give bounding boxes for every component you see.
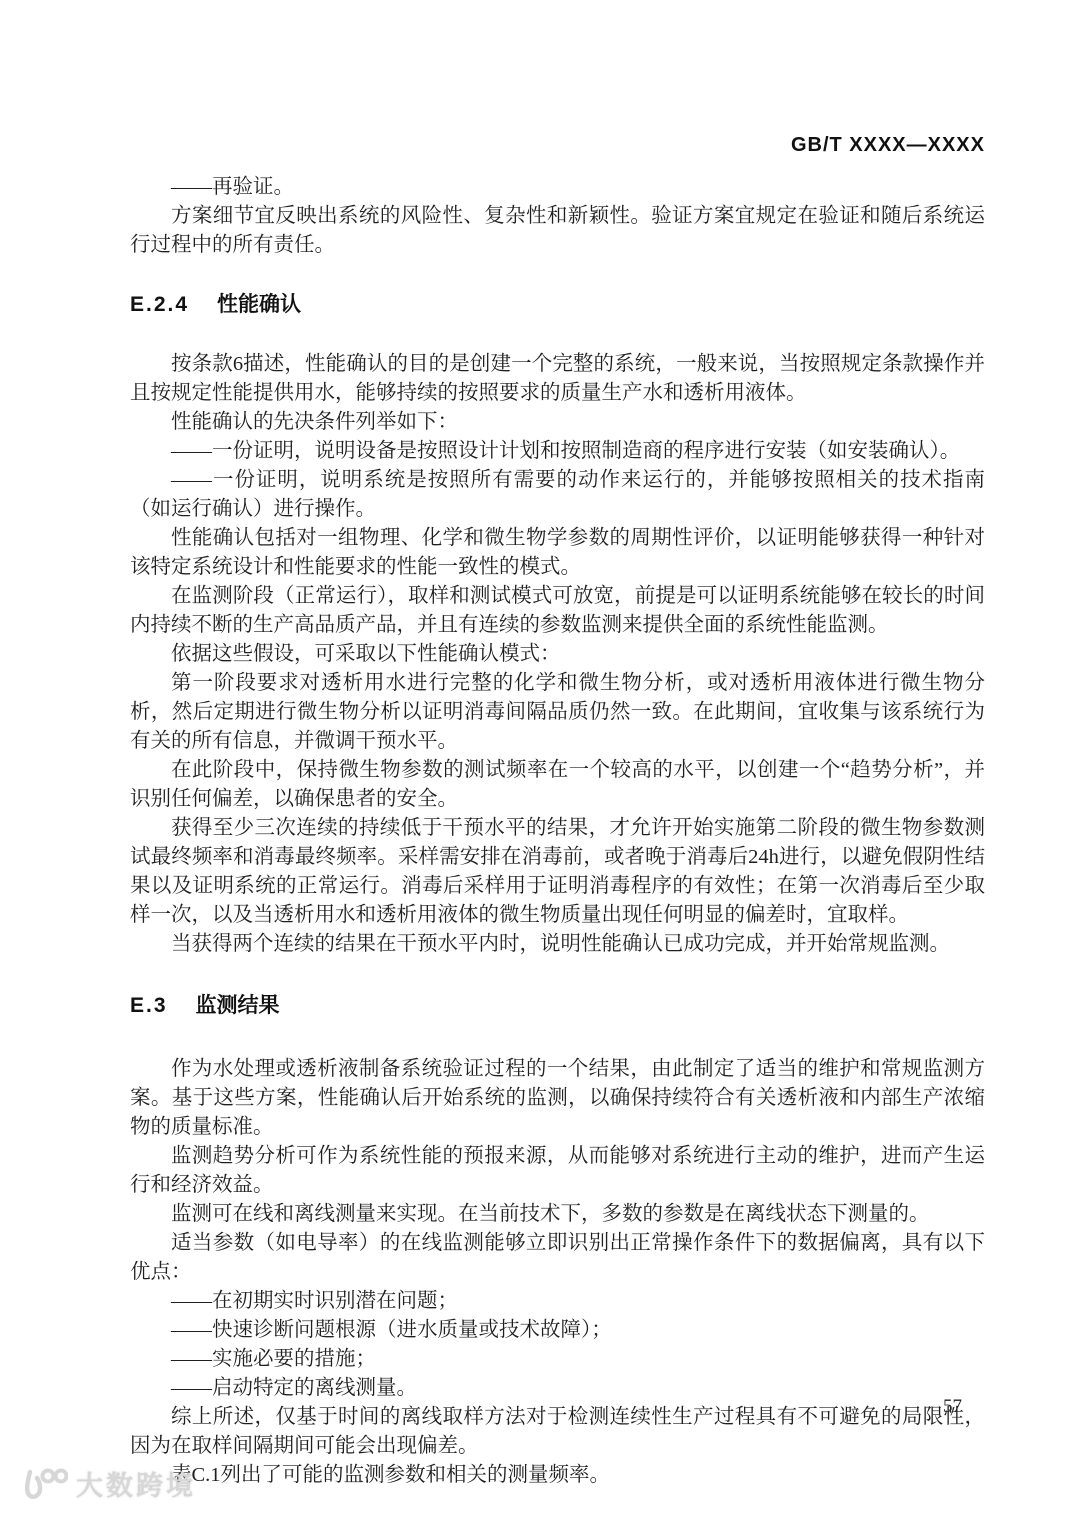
paragraph: 监测趋势分析可作为系统性能的预报来源，从而能够对系统进行主动的维护，进而产生运行… [130,1142,985,1200]
paragraph: 依据这些假设，可采取以下性能确认模式： [130,640,985,669]
paragraph: ——一份证明，说明设备是按照设计计划和按照制造商的程序进行安装（如安装确认）。 [130,437,985,466]
paragraph: 方案细节宜反映出系统的风险性、复杂性和新颖性。验证方案宜规定在验证和随后系统运行… [130,202,985,260]
document-page: GB/T XXXX—XXXX ——再验证。方案细节宜反映出系统的风险性、复杂性和… [0,0,1080,1527]
paragraph: 获得至少三次连续的持续低于干预水平的结果，才允许开始实施第二阶段的微生物参数测试… [130,814,985,930]
paragraph: 综上所述，仅基于时间的离线取样方法对于检测连续性生产过程具有不可避免的局限性，因… [130,1403,985,1461]
watermark-text: 大数跨境 [76,1464,196,1503]
paragraph: 当获得两个连续的结果在干预水平内时，说明性能确认已成功完成，并开始常规监测。 [130,930,985,959]
header-doc-number: GB/T XXXX—XXXX [130,133,985,157]
page-number: 57 [943,1396,962,1418]
section-e3-paragraphs: 作为水处理或透析液制备系统验证过程的一个结果，由此制定了适当的维护和常规监测方案… [130,1055,985,1490]
section-number: E.2.4 [130,293,189,316]
paragraph: 按条款6描述，性能确认的目的是创建一个完整的系统，一般来说，当按照规定条款操作并… [130,350,985,408]
section-e24-paragraphs: 按条款6描述，性能确认的目的是创建一个完整的系统，一般来说，当按照规定条款操作并… [130,350,985,959]
section-heading-e3: E.3监测结果 [130,993,985,1019]
paragraph: ——一份证明，说明系统是按照所有需要的动作来运行的，并能够按照相关的技术指南（如… [130,466,985,524]
paragraph: 性能确认包括对一组物理、化学和微生物学参数的周期性评价，以证明能够获得一种针对该… [130,524,985,582]
paragraph: 性能确认的先决条件列举如下： [130,408,985,437]
paragraph: ——再验证。 [130,173,985,202]
paragraph: ——实施必要的措施； [130,1345,985,1374]
section-title: 监测结果 [196,994,280,1017]
paragraph: 适当参数（如电导率）的在线监测能够立即识别出正常操作条件下的数据偏离，具有以下优… [130,1229,985,1287]
intro-paragraphs: ——再验证。方案细节宜反映出系统的风险性、复杂性和新颖性。验证方案宜规定在验证和… [130,173,985,260]
paragraph: 在此阶段中，保持微生物参数的测试频率在一个较高的水平，以创建一个“趋势分析”，并… [130,756,985,814]
paragraph: 监测可在线和离线测量来实现。在当前技术下，多数的参数是在离线状态下测量的。 [130,1200,985,1229]
paragraph: 表C.1列出了可能的监测参数和相关的测量频率。 [130,1461,985,1490]
paragraph: ——快速诊断问题根源（进水质量或技术故障）； [130,1316,985,1345]
section-number: E.3 [130,994,168,1017]
paragraph: 第一阶段要求对透析用水进行完整的化学和微生物分析，或对透析用液体进行微生物分析，… [130,669,985,756]
paragraph: 作为水处理或透析液制备系统验证过程的一个结果，由此制定了适当的维护和常规监测方案… [130,1055,985,1142]
watermark-logo-icon [24,1466,68,1502]
watermark: 大数跨境 [24,1464,196,1503]
page-content: GB/T XXXX—XXXX ——再验证。方案细节宜反映出系统的风险性、复杂性和… [0,0,1080,1490]
paragraph: ——启动特定的离线测量。 [130,1374,985,1403]
section-heading-e24: E.2.4性能确认 [130,292,985,318]
paragraph: ——在初期实时识别潜在问题； [130,1287,985,1316]
paragraph: 在监测阶段（正常运行），取样和测试模式可放宽，前提是可以证明系统能够在较长的时间… [130,582,985,640]
section-title: 性能确认 [217,293,301,316]
